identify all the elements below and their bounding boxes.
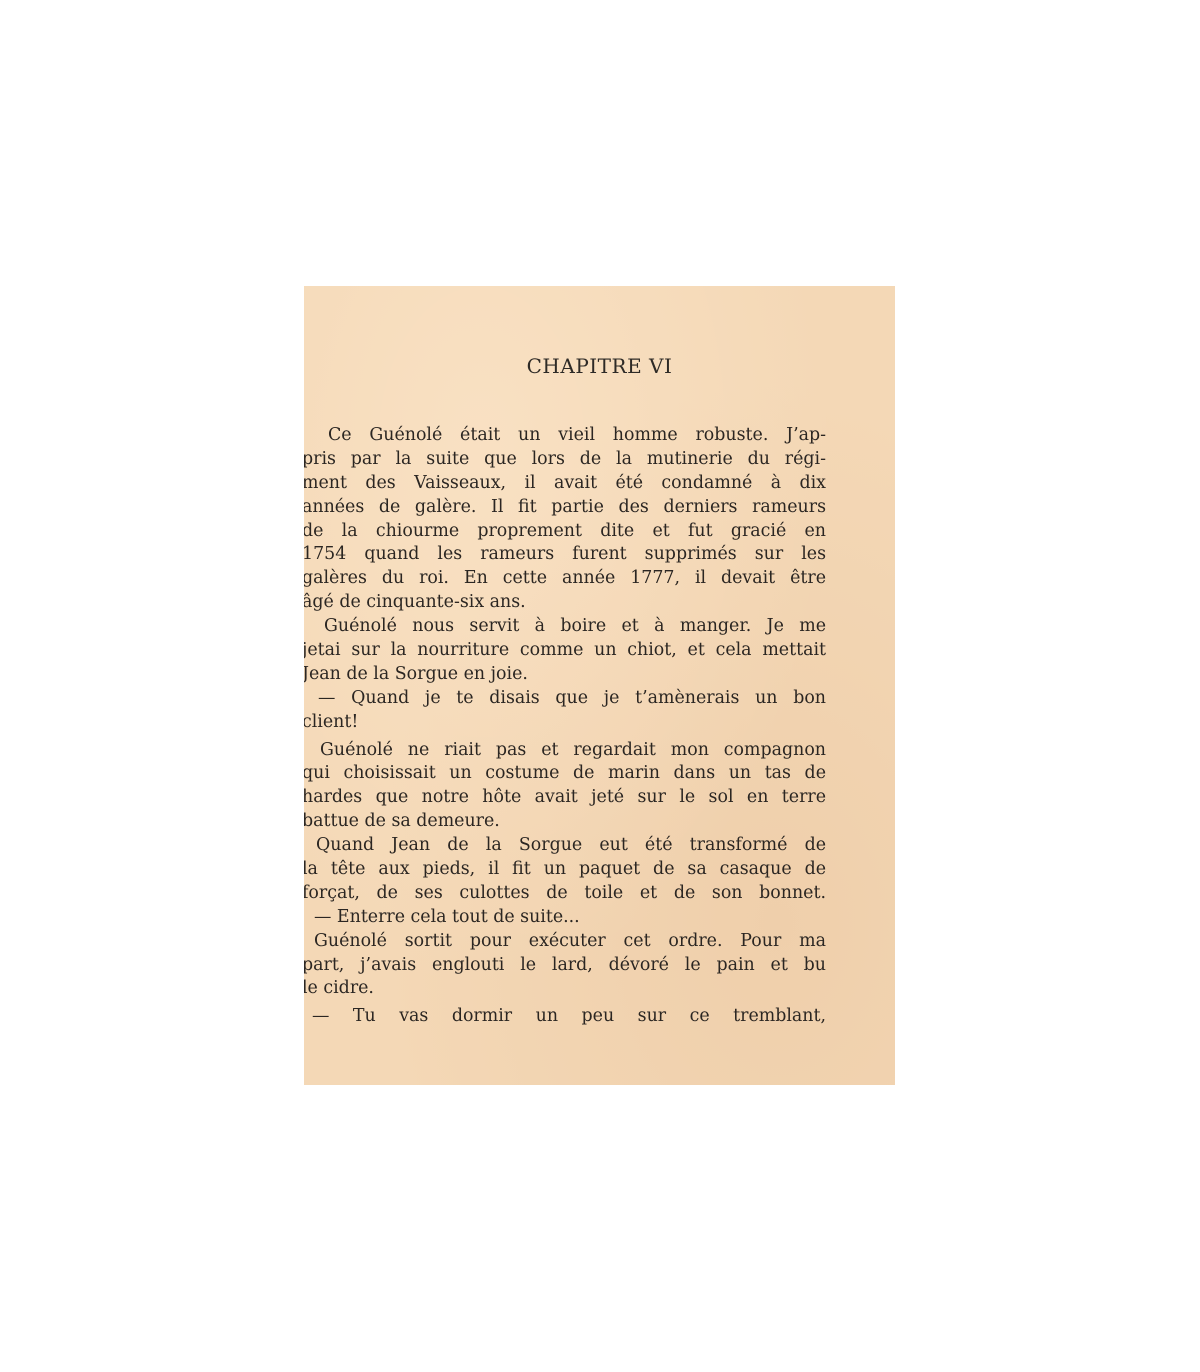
text-line: — Enterre cela tout de suite...: [304, 906, 826, 930]
text-line: hardes que notre hôte avait jeté sur le …: [304, 786, 826, 810]
text-line: forçat, de ses culottes de toile et de s…: [304, 882, 826, 906]
text-line: de la chiourme proprement dite et fut gr…: [304, 520, 826, 544]
paragraph: Guénolé nous servit à boire et à manger.…: [304, 615, 826, 687]
body-text: Ce Guénolé était un vieil homme robuste.…: [304, 424, 826, 1029]
text-line: — Quand je te disais que je t’amènerais …: [304, 687, 826, 711]
text-line: battue de sa demeure.: [304, 810, 826, 834]
book-page: CHAPITRE VI Ce Guénolé était un vieil ho…: [304, 286, 895, 1085]
paragraph: Guénolé ne riait pas et regardait mon co…: [304, 739, 826, 835]
text-line: pris par la suite que lors de la mutiner…: [304, 448, 826, 472]
text-line: Guénolé sortit pour exécuter cet ordre. …: [304, 930, 826, 954]
paragraph: Ce Guénolé était un vieil homme robuste.…: [304, 424, 826, 615]
text-line: 1754 quand les rameurs furent supprimés …: [304, 543, 826, 567]
paragraph: — Tu vas dormir un peu sur ce tremblant,: [304, 1005, 826, 1029]
text-line: Guénolé ne riait pas et regardait mon co…: [304, 739, 826, 763]
text-line: galères du roi. En cette année 1777, il …: [304, 567, 826, 591]
text-line: client!: [304, 711, 826, 735]
paragraph: — Quand je te disais que je t’amènerais …: [304, 687, 826, 735]
paragraph: Guénolé sortit pour exécuter cet ordre. …: [304, 930, 826, 1002]
chapter-title: CHAPITRE VI: [304, 354, 895, 378]
text-line: qui choisissait un costume de marin dans…: [304, 762, 826, 786]
text-line: Quand Jean de la Sorgue eut été transfor…: [304, 834, 826, 858]
text-line: Ce Guénolé était un vieil homme robuste.…: [304, 424, 826, 448]
text-line: jetai sur la nourriture comme un chiot, …: [304, 639, 826, 663]
text-line: ment des Vaisseaux, il avait été condamn…: [304, 472, 826, 496]
text-line: part, j’avais englouti le lard, dévoré l…: [304, 954, 826, 978]
text-line: le cidre.: [304, 977, 826, 1001]
text-line: Guénolé nous servit à boire et à manger.…: [304, 615, 826, 639]
text-line: la tête aux pieds, il fit un paquet de s…: [304, 858, 826, 882]
text-line: — Tu vas dormir un peu sur ce tremblant,: [304, 1005, 826, 1029]
text-line: années de galère. Il fit partie des dern…: [304, 496, 826, 520]
paragraph: — Enterre cela tout de suite...: [304, 906, 826, 930]
text-line: Jean de la Sorgue en joie.: [304, 663, 826, 687]
text-line: âgé de cinquante-six ans.: [304, 591, 826, 615]
paragraph: Quand Jean de la Sorgue eut été transfor…: [304, 834, 826, 906]
